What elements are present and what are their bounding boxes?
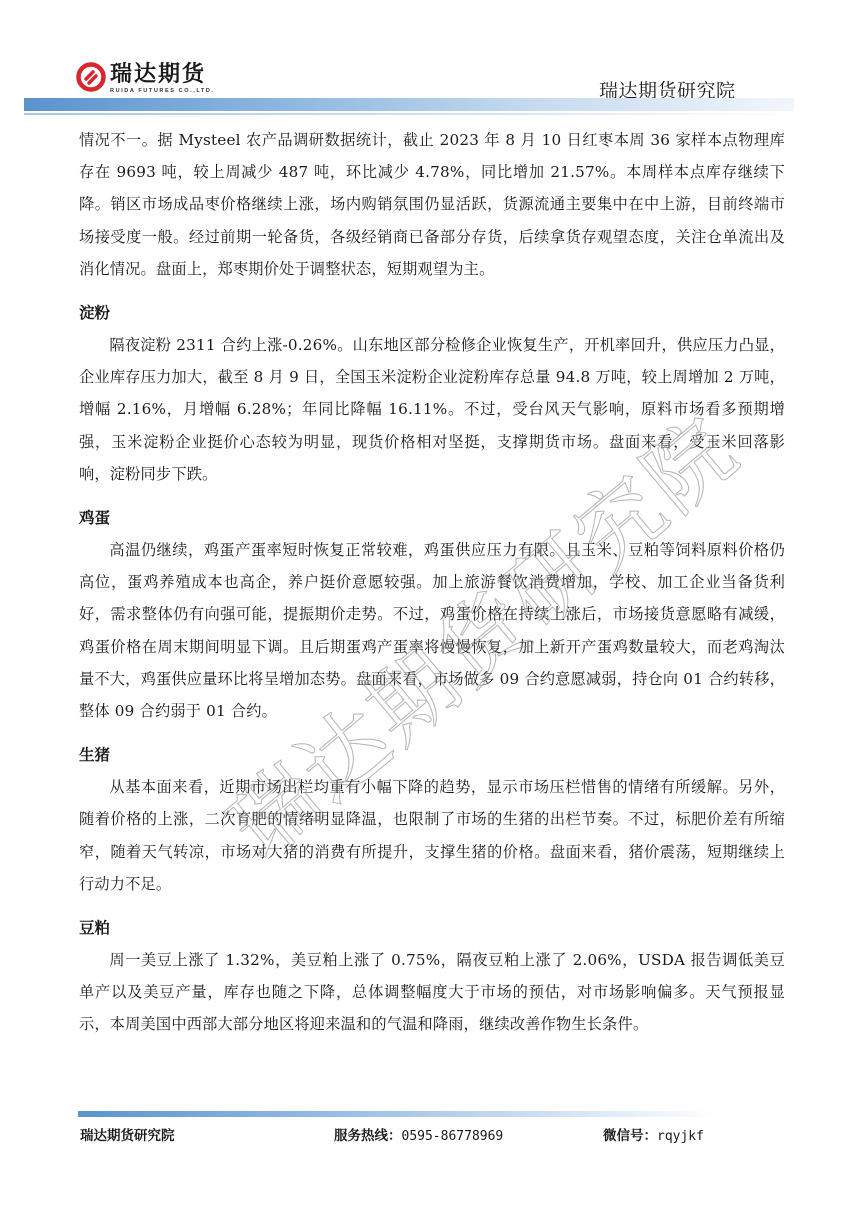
section-title-starch: 淀粉 xyxy=(79,297,785,329)
footer-divider-band xyxy=(78,1111,720,1117)
footer-org-name: 瑞达期货研究院 xyxy=(80,1124,175,1144)
ruida-logo-icon xyxy=(76,62,106,92)
footer-wechat-value: rqyjkf xyxy=(657,1129,704,1144)
section-paragraph-starch: 隔夜淀粉 2311 合约上涨-0.26%。山东地区部分检修企业恢复生产，开机率回… xyxy=(79,329,785,490)
section-title-hog: 生猪 xyxy=(79,739,785,771)
section-title-egg: 鸡蛋 xyxy=(79,502,785,534)
section-paragraph-jujube-continued: 情况不一。据 Mysteel 农产品调研数据统计，截止 2023 年 8 月 1… xyxy=(79,124,785,285)
header-divider-band xyxy=(24,98,794,111)
footer-hotline: 服务热线：0595-86778969 xyxy=(334,1124,503,1144)
footer-wechat: 微信号：rqyjkf xyxy=(603,1124,704,1144)
footer-hotline-value: 0595-86778969 xyxy=(402,1129,504,1144)
page-header: 瑞达期货 RUIDA FUTURES CO.,LTD. 瑞达期货研究院 xyxy=(0,0,860,120)
footer-wechat-label: 微信号： xyxy=(603,1128,657,1144)
company-logo: 瑞达期货 RUIDA FUTURES CO.,LTD. xyxy=(76,62,215,95)
section-paragraph-egg: 高温仍继续，鸡蛋产蛋率短时恢复正常较难，鸡蛋供应压力有限。且玉米、豆粕等饲料原料… xyxy=(79,534,785,727)
section-paragraph-hog: 从基本面来看，近期市场出栏均重有小幅下降的趋势，显示市场压栏惜售的情绪有所缓解。… xyxy=(79,771,785,900)
page-footer: 瑞达期货研究院 服务热线：0595-86778969 微信号：rqyjkf xyxy=(0,1124,860,1144)
logo-chinese-name: 瑞达期货 xyxy=(110,62,215,88)
section-paragraph-soymeal: 周一美豆上涨了 1.32%，美豆粕上涨了 0.75%，隔夜豆粕上涨了 2.06%… xyxy=(79,944,785,1041)
footer-hotline-label: 服务热线： xyxy=(334,1128,402,1144)
section-title-soymeal: 豆粕 xyxy=(79,912,785,944)
document-body: 情况不一。据 Mysteel 农产品调研数据统计，截止 2023 年 8 月 1… xyxy=(79,124,785,1041)
header-divider-line xyxy=(24,113,794,115)
logo-english-name: RUIDA FUTURES CO.,LTD. xyxy=(110,88,215,95)
